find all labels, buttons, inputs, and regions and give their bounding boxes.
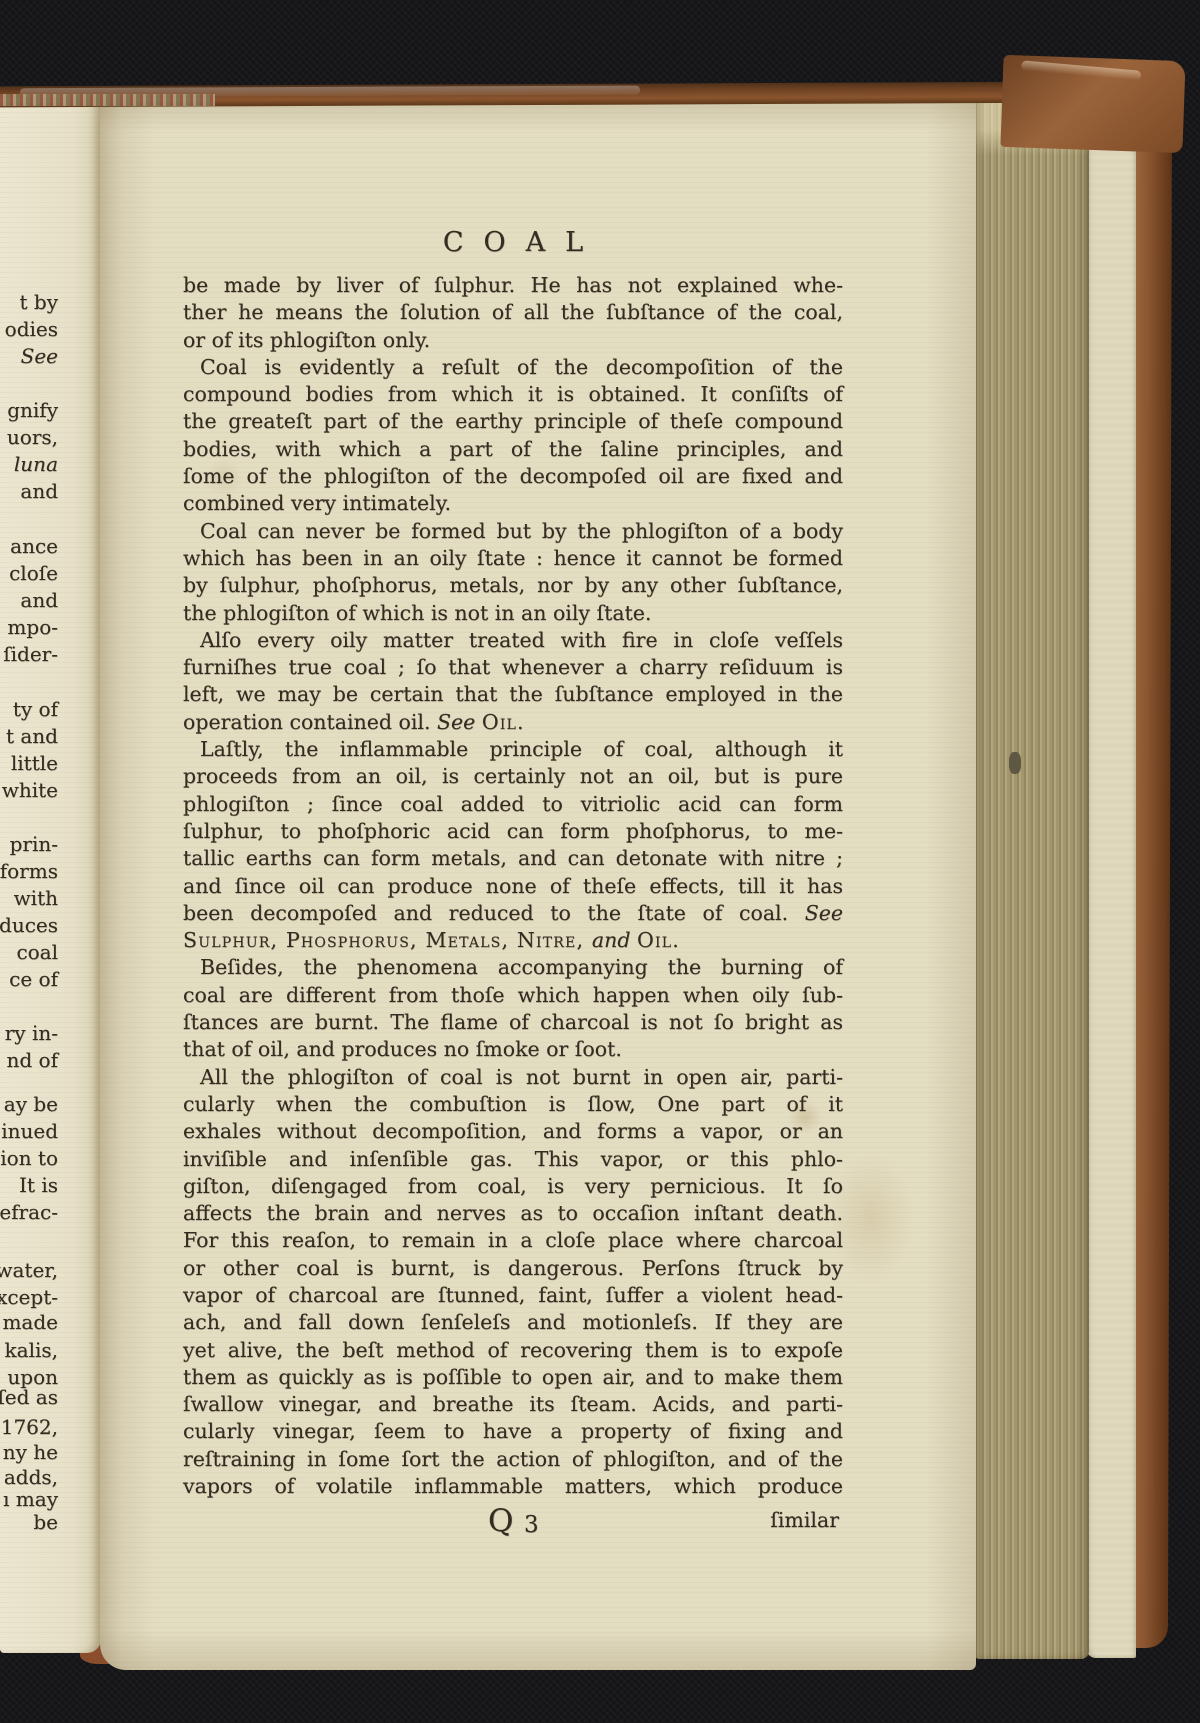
- margin-text-fragment: efrac-: [0, 1200, 58, 1224]
- body-text: tallic earths can form metals, and can d…: [183, 846, 843, 870]
- text-line: affects the brain and nerves as to occaſ…: [183, 1200, 843, 1227]
- text-line: Alſo every oily matter treated with fire…: [183, 627, 843, 654]
- body-text: them as quickly as is poſſible to open a…: [183, 1365, 843, 1389]
- fore-edge-stain: [1009, 752, 1021, 774]
- margin-text-fragment: ion to: [0, 1146, 58, 1170]
- book-photo: t byodiesSeegnifyuors,lunaandancecloſean…: [0, 0, 1200, 1723]
- margin-text-fragment: luna: [14, 452, 58, 476]
- margin-text-fragment: ance: [10, 534, 58, 558]
- text-line: the phlogiſton of which is not in an oil…: [183, 600, 843, 627]
- text-line: All the phlogiſton of coal is not burnt …: [183, 1064, 843, 1091]
- text-line: giſton, diſengaged from coal, is very pe…: [183, 1173, 843, 1200]
- margin-text-fragment: and: [20, 479, 58, 503]
- margin-text-fragment: with: [14, 886, 58, 910]
- body-text: combined very intimately.: [183, 491, 451, 515]
- text-line: Coal can never be formed but by the phlo…: [183, 518, 843, 545]
- margin-text-fragment: nd of: [7, 1048, 58, 1072]
- margin-text-fragment: prin-: [10, 832, 58, 856]
- text-line: furniſhes true coal ; ſo that whenever a…: [183, 654, 843, 681]
- body-text: or of its phlogiſton only.: [183, 328, 430, 352]
- text-line: Laſtly, the inflammable principle of coa…: [183, 736, 843, 763]
- text-line: yet alive, the beſt method of recovering…: [183, 1337, 843, 1364]
- body-text: proceeds from an oil, is certainly not a…: [183, 764, 843, 788]
- text-line: coal are different from thoſe which happ…: [183, 982, 843, 1009]
- signature-letter: Q: [488, 1503, 513, 1539]
- margin-text-fragment: uors,: [7, 425, 58, 449]
- smallcaps-text: Oil: [482, 710, 517, 734]
- text-line: reſtraining in ſome ſort the action of p…: [183, 1446, 843, 1473]
- text-line: ther he means the ſolution of all the ſu…: [183, 299, 843, 326]
- italic-text: See: [437, 710, 482, 734]
- body-text: exhales without decompoſition, and forms…: [183, 1119, 843, 1143]
- text-line: phlogiſton ; ſince coal added to vitriol…: [183, 791, 843, 818]
- body-text: been decompoſed and reduced to the ſtate…: [183, 901, 805, 925]
- text-line: them as quickly as is poſſible to open a…: [183, 1364, 843, 1391]
- margin-text-fragment: odies: [5, 317, 58, 341]
- text-line: that of oil, and produces no ſmoke or ſo…: [183, 1036, 843, 1063]
- body-text: left, we may be certain that the ſubſtan…: [183, 682, 843, 706]
- body-text: vapors of volatile inflammable matters, …: [183, 1474, 843, 1498]
- text-line: proceeds from an oil, is certainly not a…: [183, 763, 843, 790]
- margin-text-fragment: be: [33, 1510, 58, 1534]
- text-line: operation contained oil. See Oil.: [183, 709, 843, 736]
- text-line: vapors of volatile inflammable matters, …: [183, 1473, 843, 1500]
- body-text: or other coal is burnt, is dangerous. Pe…: [183, 1256, 843, 1280]
- body-text: operation contained oil.: [183, 710, 437, 734]
- body-text: ſulphur, to phoſphoric acid can form pho…: [183, 819, 843, 843]
- body-text: bodies, with which a part of the ſaline …: [183, 437, 843, 461]
- body-text: ach, and fall down ſenſeleſs and motionl…: [183, 1310, 843, 1334]
- body-text: the greateſt part of the earthy principl…: [183, 409, 843, 433]
- margin-text-fragment: ı may: [3, 1487, 58, 1511]
- margin-text-fragment: adds,: [4, 1465, 58, 1489]
- text-line: and ſince oil can produce none of theſe …: [183, 873, 843, 900]
- margin-text-column: t byodiesSeegnifyuors,lunaandancecloſean…: [0, 0, 60, 1723]
- text-block: be made by liver of ſulphur. He has not …: [183, 272, 843, 1500]
- margin-text-fragment: mpo-: [7, 615, 58, 639]
- body-text: For this reaſon, to remain in a cloſe pl…: [183, 1228, 843, 1252]
- signature-row: Q 3 ſimilar: [183, 1503, 843, 1553]
- text-line: Beſides, the phenomena accompanying the …: [183, 954, 843, 981]
- body-text: that of oil, and produces no ſmoke or ſo…: [183, 1037, 622, 1061]
- italic-text: and: [592, 928, 637, 952]
- text-line: tallic earths can form metals, and can d…: [183, 845, 843, 872]
- endpaper-edge: [1086, 100, 1136, 1658]
- body-text: cularly vinegar, ſeem to have a property…: [183, 1419, 843, 1443]
- text-line: compound bodies from which it is obtaine…: [183, 381, 843, 408]
- margin-text-fragment: 1762,: [1, 1415, 58, 1439]
- margin-text-fragment: little: [11, 751, 58, 775]
- page-title: COAL: [183, 228, 843, 258]
- text-line: the greateſt part of the earthy principl…: [183, 408, 843, 435]
- margin-text-fragment: water,: [0, 1258, 58, 1282]
- body-text: ſwallow vinegar, and breathe its ſteam. …: [183, 1392, 843, 1416]
- text-line: been decompoſed and reduced to the ſtate…: [183, 900, 843, 927]
- smallcaps-text: Oil: [637, 928, 672, 952]
- margin-text-fragment: ce of: [9, 967, 58, 991]
- text-line: or other coal is burnt, is dangerous. Pe…: [183, 1255, 843, 1282]
- margin-text-fragment: ſed as: [0, 1385, 58, 1409]
- body-text: Coal can never be formed but by the phlo…: [200, 519, 843, 543]
- catchword: ſimilar: [770, 1507, 839, 1533]
- margin-text-fragment: cloſe: [9, 561, 58, 585]
- body-text: ther he means the ſolution of all the ſu…: [183, 300, 843, 324]
- text-line: ſwallow vinegar, and breathe its ſteam. …: [183, 1391, 843, 1418]
- body-text: compound bodies from which it is obtaine…: [183, 382, 843, 406]
- margin-text-fragment: duces: [0, 913, 58, 937]
- body-text: the phlogiſton of which is not in an oil…: [183, 601, 651, 625]
- body-text: cularly when the combuſtion is ſlow, One…: [183, 1092, 843, 1116]
- margin-text-fragment: ry in-: [5, 1021, 58, 1045]
- body-text: ſtances are burnt. The flame of charcoal…: [183, 1010, 843, 1034]
- italic-text: See: [805, 901, 843, 925]
- margin-text-fragment: white: [2, 778, 58, 802]
- photo-background: { "page": { "title": "COAL", "signature_…: [0, 0, 1200, 1723]
- text-line: vapor of charcoal are ſtunned, faint, ſu…: [183, 1282, 843, 1309]
- margin-text-fragment: It is: [19, 1173, 58, 1197]
- body-text: Laſtly, the inflammable principle of coa…: [200, 737, 843, 761]
- margin-text-fragment: inued: [1, 1119, 58, 1143]
- body-text: ſome of the phlogiſton of the decompoſed…: [183, 464, 843, 488]
- margin-text-fragment: xcept-: [0, 1285, 58, 1309]
- text-line: ſome of the phlogiſton of the decompoſed…: [183, 463, 843, 490]
- text-line: by ſulphur, phoſphorus, metals, nor by a…: [183, 572, 843, 599]
- page-block-fore-edge: [975, 96, 1089, 1659]
- text-line: ſulphur, to phoſphoric acid can form pho…: [183, 818, 843, 845]
- margin-text-fragment: See: [21, 344, 58, 368]
- margin-text-fragment: forms: [0, 859, 58, 883]
- smallcaps-text: Sulphur, Phosphorus, Metals, Nitre,: [183, 928, 592, 952]
- text-line: be made by liver of ſulphur. He has not …: [183, 272, 843, 299]
- body-text: inviſible and inſenſible gas. This vapor…: [183, 1147, 843, 1171]
- text-line: or of its phlogiſton only.: [183, 327, 843, 354]
- margin-text-fragment: ſider-: [3, 642, 58, 666]
- body-text: .: [672, 928, 679, 952]
- text-line: For this reaſon, to remain in a cloſe pl…: [183, 1227, 843, 1254]
- margin-text-fragment: ty of: [13, 697, 58, 721]
- text-line: Coal is evidently a reſult of the decomp…: [183, 354, 843, 381]
- body-text: All the phlogiſton of coal is not burnt …: [200, 1065, 843, 1089]
- text-line: inviſible and inſenſible gas. This vapor…: [183, 1146, 843, 1173]
- margin-text-fragment: gnify: [7, 398, 58, 422]
- body-text: phlogiſton ; ſince coal added to vitriol…: [183, 792, 843, 816]
- text-line: left, we may be certain that the ſubſtan…: [183, 681, 843, 708]
- text-line: cularly when the combuſtion is ſlow, One…: [183, 1091, 843, 1118]
- margin-text-fragment: ay be: [4, 1092, 58, 1116]
- body-text: furniſhes true coal ; ſo that whenever a…: [183, 655, 843, 679]
- margin-text-fragment: made: [2, 1310, 58, 1334]
- text-line: which has been in an oily ſtate : hence …: [183, 545, 843, 572]
- body-text: by ſulphur, phoſphorus, metals, nor by a…: [183, 573, 843, 597]
- book-cover-top-right-corner: [1000, 55, 1185, 153]
- signature-number: 3: [524, 1512, 539, 1538]
- body-text: coal are different from thoſe which happ…: [183, 983, 843, 1007]
- body-text: Alſo every oily matter treated with fire…: [200, 628, 843, 652]
- book-page: COAL be made by liver of ſulphur. He has…: [100, 102, 976, 1670]
- text-line: combined very intimately.: [183, 490, 843, 517]
- text-line: cularly vinegar, ſeem to have a property…: [183, 1418, 843, 1445]
- margin-text-fragment: and: [20, 588, 58, 612]
- body-text: which has been in an oily ſtate : hence …: [183, 546, 843, 570]
- body-text: giſton, diſengaged from coal, is very pe…: [183, 1174, 843, 1198]
- body-text: Coal is evidently a reſult of the decomp…: [200, 355, 843, 379]
- text-line: Sulphur, Phosphorus, Metals, Nitre, and …: [183, 927, 843, 954]
- body-text: reſtraining in ſome ſort the action of p…: [183, 1447, 843, 1471]
- text-line: ach, and fall down ſenſeleſs and motionl…: [183, 1309, 843, 1336]
- margin-text-fragment: coal: [16, 940, 58, 964]
- body-text: be made by liver of ſulphur. He has not …: [183, 273, 843, 297]
- margin-text-fragment: ny he: [3, 1440, 58, 1464]
- margin-text-fragment: t and: [6, 724, 58, 748]
- body-text: yet alive, the beſt method of recovering…: [183, 1338, 843, 1362]
- text-line: ſtances are burnt. The flame of charcoal…: [183, 1009, 843, 1036]
- body-text: Beſides, the phenomena accompanying the …: [200, 955, 843, 979]
- body-text: vapor of charcoal are ſtunned, faint, ſu…: [183, 1283, 843, 1307]
- margin-text-fragment: t by: [20, 290, 59, 314]
- text-line: exhales without decompoſition, and forms…: [183, 1118, 843, 1145]
- body-text: .: [517, 710, 524, 734]
- body-text: affects the brain and nerves as to occaſ…: [183, 1201, 843, 1225]
- body-text: and ſince oil can produce none of theſe …: [183, 874, 843, 898]
- text-line: bodies, with which a part of the ſaline …: [183, 436, 843, 463]
- margin-text-fragment: kalis,: [5, 1338, 58, 1362]
